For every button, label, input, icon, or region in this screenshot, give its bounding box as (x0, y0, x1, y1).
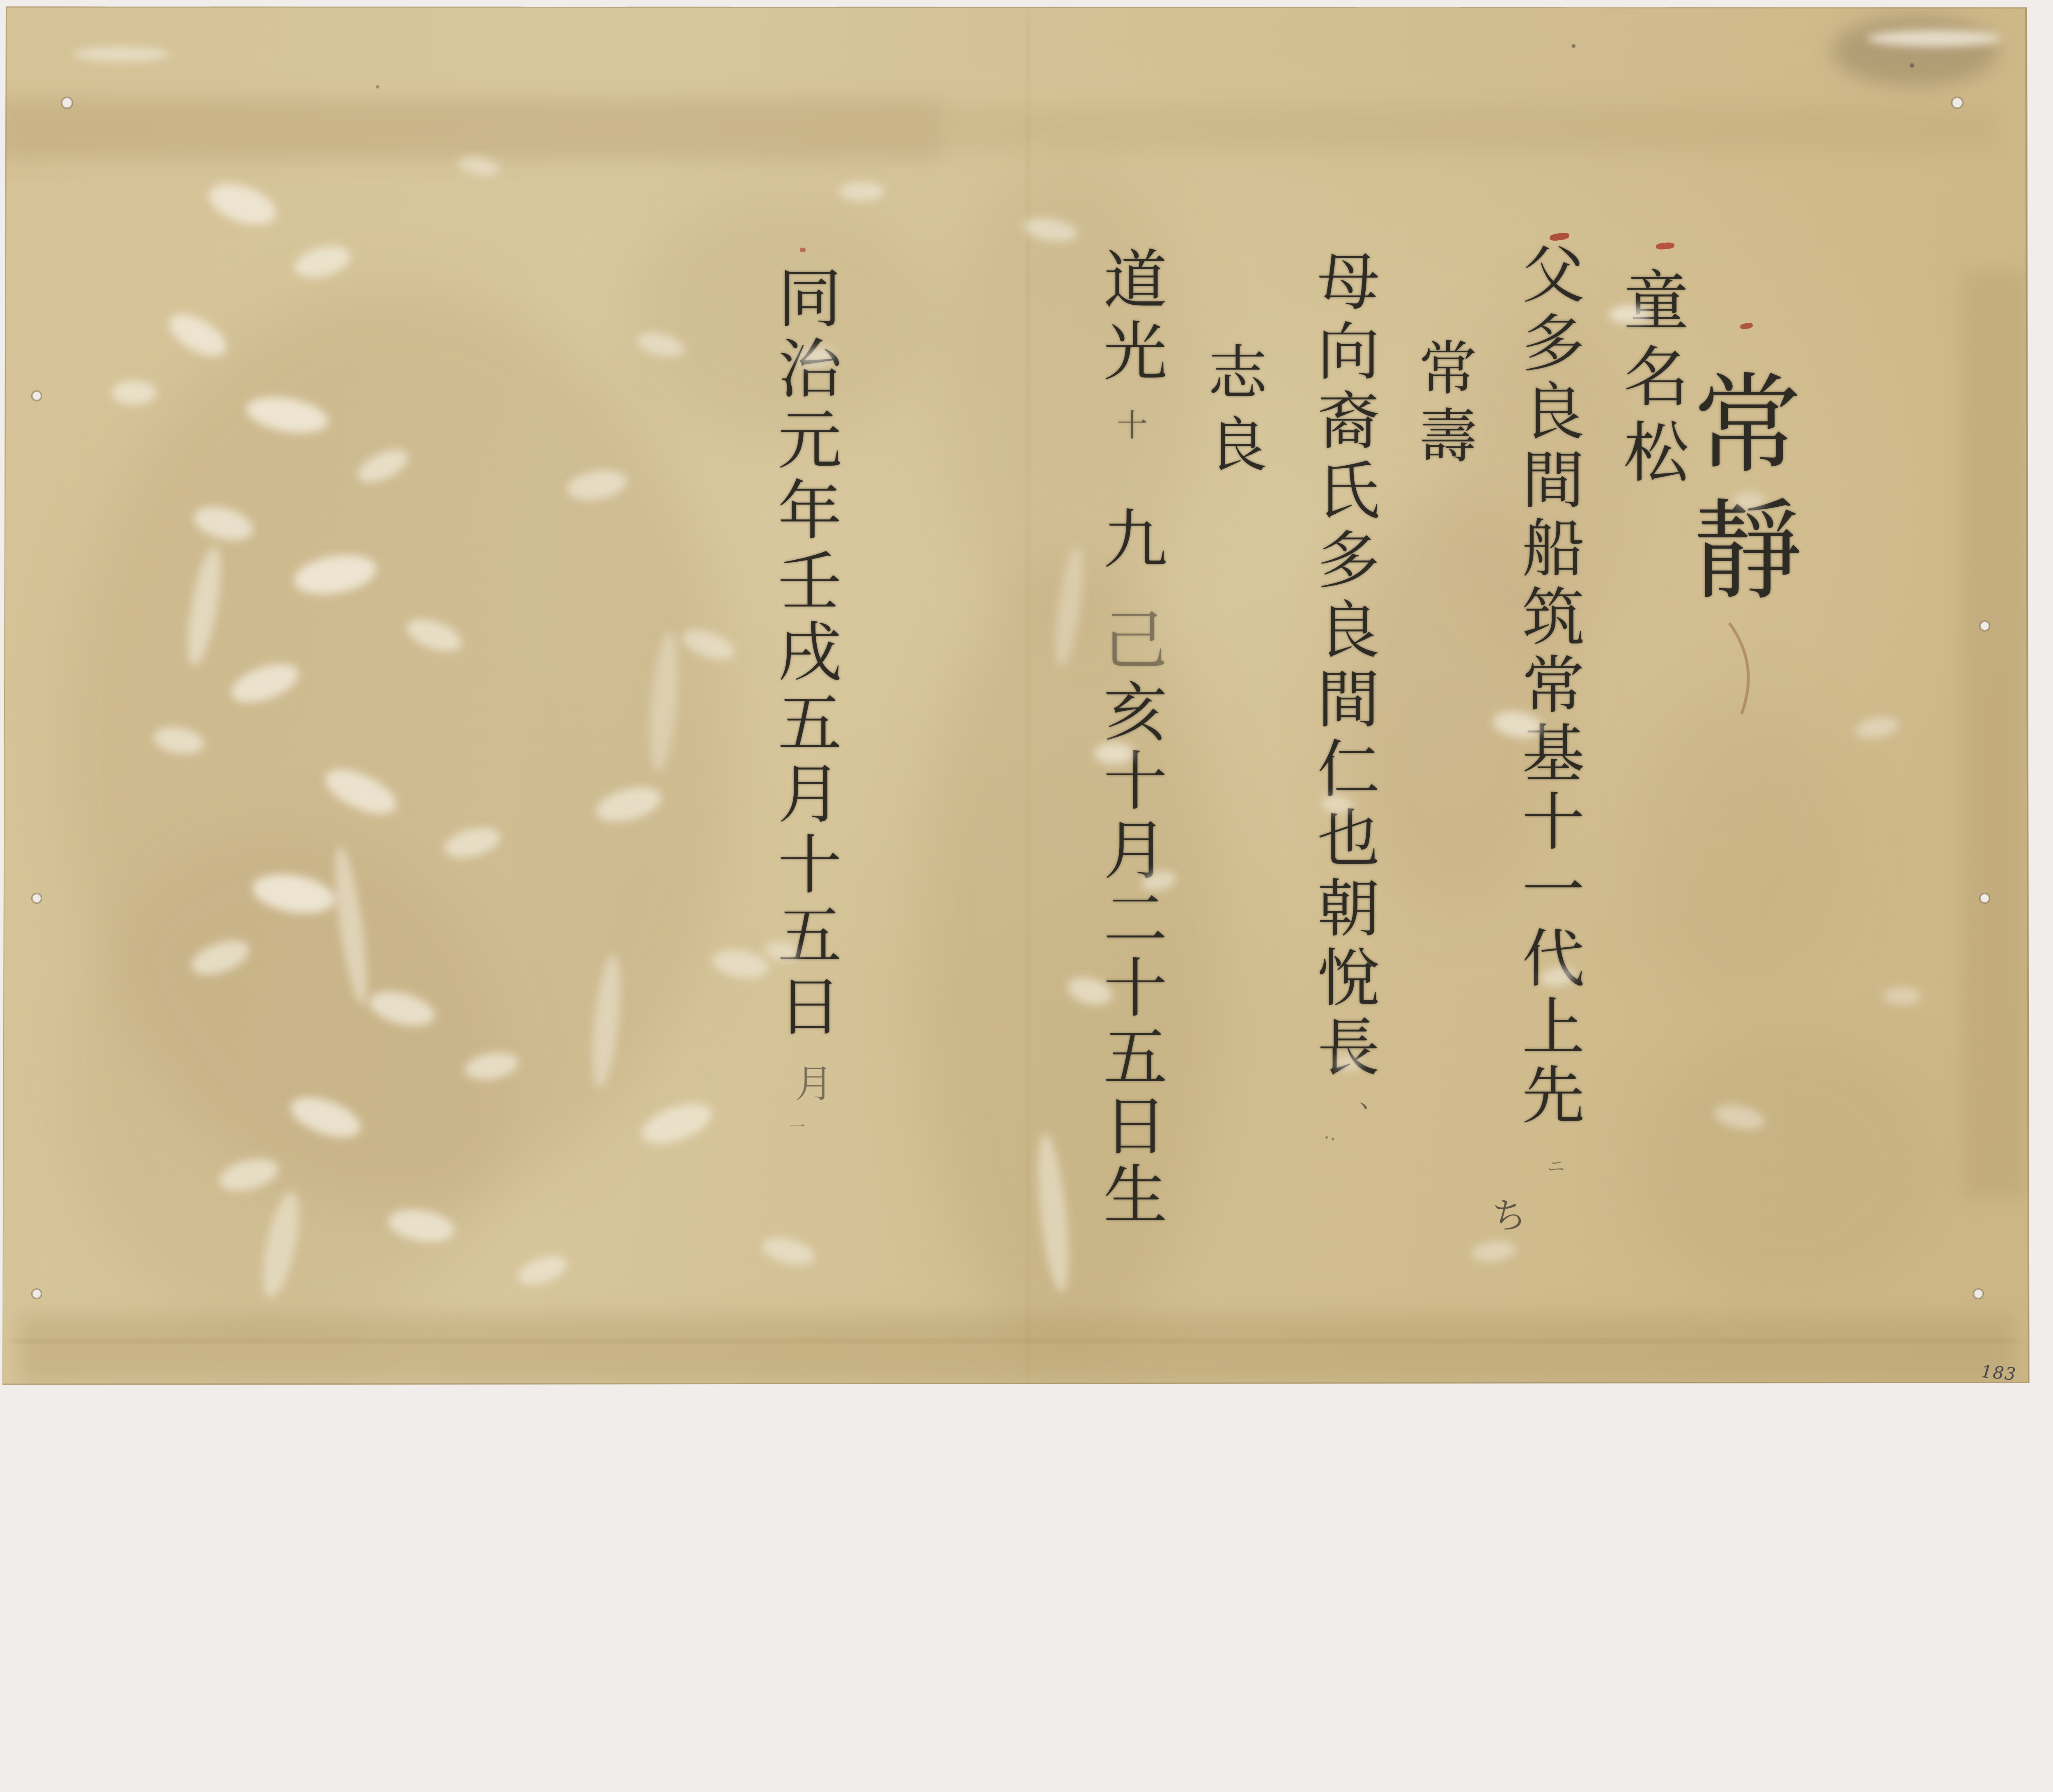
pin-hole (62, 97, 72, 108)
pin-hole (1973, 1289, 1983, 1298)
pin-hole (1952, 97, 1963, 108)
aged-paper-sheet: 常靜 童名松 父多良間船筑常基十一代上先 ニ ち 常壽 母向裔氏多良間仁也朝悅長… (0, 0, 2053, 1393)
pin-holes (32, 97, 1990, 1298)
edge-and-holes-layer (0, 0, 2053, 1393)
manuscript-scan: 常靜 童名松 父多良間船筑常基十一代上先 ニ ち 常壽 母向裔氏多良間仁也朝悅長… (0, 0, 2053, 1393)
pin-hole (32, 894, 41, 903)
pin-hole (32, 1289, 41, 1298)
paper-edge-outline (2, 7, 2029, 1385)
pin-hole (1980, 621, 1989, 631)
pin-hole (32, 391, 41, 400)
pin-hole (1980, 894, 1989, 903)
